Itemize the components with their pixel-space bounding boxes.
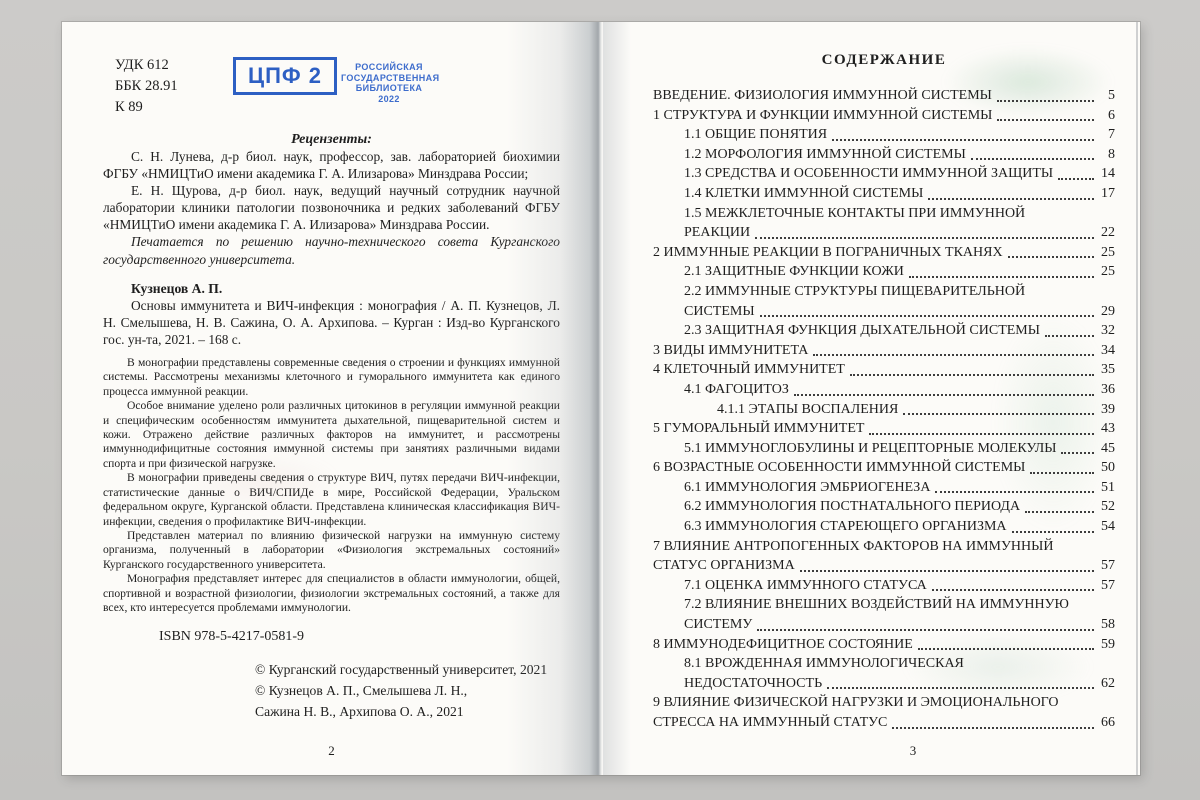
toc-leader-dots — [800, 570, 1094, 572]
toc-leader-dots — [1030, 472, 1094, 474]
toc-page-number: 14 — [1097, 164, 1115, 184]
copyright-line: © Курганский государственный университет… — [255, 659, 560, 680]
toc-entry-text: 7.1 ОЦЕНКА ИММУННОГО СТАТУСА — [684, 576, 927, 596]
isbn: ISBN 978-5-4217-0581-9 — [159, 629, 560, 645]
toc-page-number: 59 — [1097, 635, 1115, 655]
toc-entry: 6.2 ИММУНОЛОГИЯ ПОСТНАТАЛЬНОГО ПЕРИОДА52 — [653, 497, 1115, 517]
abstract-paragraph: В монографии приведены сведения о структ… — [103, 471, 560, 529]
copyright-line: Сажина Н. В., Архипова О. А., 2021 — [255, 701, 560, 722]
toc-entry: 2.3 ЗАЩИТНАЯ ФУНКЦИЯ ДЫХАТЕЛЬНОЙ СИСТЕМЫ… — [653, 321, 1115, 341]
toc-entry-text: 1.1 ОБЩИЕ ПОНЯТИЯ — [684, 125, 827, 145]
toc-page-number: 62 — [1097, 674, 1115, 694]
toc-entry-text: 5 ГУМОРАЛЬНЫЙ ИММУНИТЕТ — [653, 419, 864, 439]
reviewer-2: Е. Н. Щурова, д-р биол. наук, ведущий на… — [103, 182, 560, 233]
toc-entry: 2.1 ЗАЩИТНЫЕ ФУНКЦИИ КОЖИ25 — [653, 262, 1115, 282]
toc-entry: 5.1 ИММУНОГЛОБУЛИНЫ И РЕЦЕПТОРНЫЕ МОЛЕКУ… — [653, 439, 1115, 459]
abstract-paragraph: Представлен материал по влиянию физическ… — [103, 529, 560, 572]
toc-leader-dots — [928, 198, 1094, 200]
toc-page-number: 22 — [1097, 223, 1115, 243]
toc-entry: 3 ВИДЫ ИММУНИТЕТА34 — [653, 341, 1115, 361]
toc-page-number: 45 — [1097, 439, 1115, 459]
toc-entry-text: СИСТЕМЫ — [684, 302, 755, 322]
toc-leader-dots — [971, 158, 1094, 160]
toc-entry-text: 2.2 ИММУННЫЕ СТРУКТУРЫ ПИЩЕВАРИТЕЛЬНОЙ — [684, 282, 1115, 302]
toc-entry-text: 1.5 МЕЖКЛЕТОЧНЫЕ КОНТАКТЫ ПРИ ИММУННОЙ — [684, 204, 1115, 224]
toc-content: СОДЕРЖАНИЕ ВВЕДЕНИЕ. ФИЗИОЛОГИЯ ИММУННОЙ… — [653, 52, 1115, 733]
toc-heading: СОДЕРЖАНИЕ — [653, 52, 1115, 69]
toc-page-number: 51 — [1097, 478, 1115, 498]
author-heading: Кузнецов А. П. — [103, 280, 560, 297]
toc-page-number: 54 — [1097, 517, 1115, 537]
toc-entry-text: СТРЕССА НА ИММУННЫЙ СТАТУС — [653, 713, 887, 733]
toc-entry-text: СТАТУС ОРГАНИЗМА — [653, 556, 795, 576]
toc-entry-text: 2.1 ЗАЩИТНЫЕ ФУНКЦИИ КОЖИ — [684, 262, 904, 282]
toc-leader-dots — [1045, 335, 1094, 337]
toc-leader-dots — [918, 648, 1094, 650]
toc-leader-dots — [760, 315, 1094, 317]
toc-entry: 8.1 ВРОЖДЕННАЯ ИММУНОЛОГИЧЕСКАЯНЕДОСТАТО… — [653, 654, 1115, 693]
toc-entry: 4.1 ФАГОЦИТОЗ36 — [653, 380, 1115, 400]
toc-entry-text: 6.3 ИММУНОЛОГИЯ СТАРЕЮЩЕГО ОРГАНИЗМА — [684, 517, 1007, 537]
toc-entry-text: 2 ИММУННЫЕ РЕАКЦИИ В ПОГРАНИЧНЫХ ТКАНЯХ — [653, 243, 1003, 263]
toc-entry: 1 СТРУКТУРА И ФУНКЦИИ ИММУННОЙ СИСТЕМЫ6 — [653, 106, 1115, 126]
toc-entry: 8 ИММУНОДЕФИЦИТНОЕ СОСТОЯНИЕ59 — [653, 635, 1115, 655]
toc-entry-text: 2.3 ЗАЩИТНАЯ ФУНКЦИЯ ДЫХАТЕЛЬНОЙ СИСТЕМЫ — [684, 321, 1040, 341]
toc-entry-text: НЕДОСТАТОЧНОСТЬ — [684, 674, 822, 694]
toc-leader-dots — [1008, 256, 1094, 258]
toc-entry-text: 7 ВЛИЯНИЕ АНТРОПОГЕННЫХ ФАКТОРОВ НА ИММУ… — [653, 537, 1115, 557]
toc-entry-text: 6.1 ИММУНОЛОГИЯ ЭМБРИОГЕНЕЗА — [684, 478, 930, 498]
stamp-line: БИБЛИОТЕКА — [341, 83, 437, 94]
copyright-block: © Курганский государственный университет… — [255, 659, 560, 722]
toc-leader-dots — [932, 589, 1094, 591]
printing-note: Печатается по решению научно-техническог… — [103, 233, 560, 267]
abstract-paragraph: Особое внимание уделено роли различных ц… — [103, 399, 560, 471]
toc-leader-dots — [869, 433, 1094, 435]
toc-entry-text: 4 КЛЕТОЧНЫЙ ИММУНИТЕТ — [653, 360, 845, 380]
toc-page-number: 32 — [1097, 321, 1115, 341]
toc-leader-dots — [850, 374, 1094, 376]
left-page-number: 2 — [103, 743, 560, 759]
right-page-toc: СОДЕРЖАНИЕ ВВЕДЕНИЕ. ФИЗИОЛОГИЯ ИММУННОЙ… — [603, 22, 1140, 775]
russian-state-library-stamp: РОССИЙСКАЯ ГОСУДАРСТВЕННАЯ БИБЛИОТЕКА 20… — [341, 62, 437, 104]
toc-entry: 9 ВЛИЯНИЕ ФИЗИЧЕСКОЙ НАГРУЗКИ И ЭМОЦИОНА… — [653, 693, 1115, 732]
bibliographic-description: Основы иммунитета и ВИЧ-инфекция : моног… — [103, 297, 560, 348]
toc-entry: 2 ИММУННЫЕ РЕАКЦИИ В ПОГРАНИЧНЫХ ТКАНЯХ2… — [653, 243, 1115, 263]
toc-leader-dots — [997, 100, 1094, 102]
abstract-paragraph: Монография представляет интерес для спец… — [103, 572, 560, 615]
toc-entry: 6.1 ИММУНОЛОГИЯ ЭМБРИОГЕНЕЗА51 — [653, 478, 1115, 498]
right-page-number: 3 — [653, 743, 1115, 759]
toc-leader-dots — [827, 687, 1094, 689]
toc-entry-text: 1.4 КЛЕТКИ ИММУННОЙ СИСТЕМЫ — [684, 184, 923, 204]
toc-entry: 1.2 МОРФОЛОГИЯ ИММУННОЙ СИСТЕМЫ8 — [653, 145, 1115, 165]
udc-code: УДК 612 — [115, 55, 233, 76]
toc-entry-text: 6 ВОЗРАСТНЫЕ ОСОБЕННОСТИ ИММУННОЙ СИСТЕМ… — [653, 458, 1025, 478]
toc-page-number: 57 — [1097, 556, 1115, 576]
abstract-block: В монографии представлены современные св… — [103, 356, 560, 615]
toc-leader-dots — [832, 139, 1094, 141]
imprint-content: УДК 612 ББК 28.91 К 89 ЦПФ 2 РОССИЙСКАЯ … — [103, 55, 560, 722]
toc-page-number: 8 — [1097, 145, 1115, 165]
toc-entry-text: 1 СТРУКТУРА И ФУНКЦИИ ИММУННОЙ СИСТЕМЫ — [653, 106, 992, 126]
toc-list: ВВЕДЕНИЕ. ФИЗИОЛОГИЯ ИММУННОЙ СИСТЕМЫ51 … — [653, 86, 1115, 733]
toc-page-number: 35 — [1097, 360, 1115, 380]
toc-page-number: 7 — [1097, 125, 1115, 145]
toc-entry: 6 ВОЗРАСТНЫЕ ОСОБЕННОСТИ ИММУННОЙ СИСТЕМ… — [653, 458, 1115, 478]
toc-leader-dots — [997, 119, 1094, 121]
toc-entry-text: 8 ИММУНОДЕФИЦИТНОЕ СОСТОЯНИЕ — [653, 635, 913, 655]
toc-entry-text: РЕАКЦИИ — [684, 223, 750, 243]
toc-page-number: 5 — [1097, 86, 1115, 106]
toc-entry: 7.1 ОЦЕНКА ИММУННОГО СТАТУСА57 — [653, 576, 1115, 596]
toc-page-number: 17 — [1097, 184, 1115, 204]
toc-entry: 4 КЛЕТОЧНЫЙ ИММУНИТЕТ35 — [653, 360, 1115, 380]
cataloging-block: УДК 612 ББК 28.91 К 89 ЦПФ 2 РОССИЙСКАЯ … — [115, 55, 560, 118]
toc-page-number: 57 — [1097, 576, 1115, 596]
toc-entry: 4.1.1 ЭТАПЫ ВОСПАЛЕНИЯ39 — [653, 400, 1115, 420]
toc-leader-dots — [813, 354, 1094, 356]
toc-entry-text: 8.1 ВРОЖДЕННАЯ ИММУНОЛОГИЧЕСКАЯ — [684, 654, 1115, 674]
toc-page-number: 66 — [1097, 713, 1115, 733]
toc-entry-text: СИСТЕМУ — [684, 615, 752, 635]
toc-entry-text: 1.2 МОРФОЛОГИЯ ИММУННОЙ СИСТЕМЫ — [684, 145, 966, 165]
toc-leader-dots — [794, 394, 1094, 396]
toc-entry: 1.1 ОБЩИЕ ПОНЯТИЯ7 — [653, 125, 1115, 145]
toc-leader-dots — [1012, 531, 1094, 533]
udc-bbk-codes: УДК 612 ББК 28.91 К 89 — [115, 55, 233, 118]
toc-entry: 1.5 МЕЖКЛЕТОЧНЫЕ КОНТАКТЫ ПРИ ИММУННОЙРЕ… — [653, 204, 1115, 243]
toc-entry-text: 3 ВИДЫ ИММУНИТЕТА — [653, 341, 808, 361]
toc-page-number: 52 — [1097, 497, 1115, 517]
toc-entry-text: 4.1.1 ЭТАПЫ ВОСПАЛЕНИЯ — [717, 400, 898, 420]
author-sign-code: К 89 — [115, 97, 233, 118]
toc-entry-text: 4.1 ФАГОЦИТОЗ — [684, 380, 789, 400]
stamp-line: ГОСУДАРСТВЕННАЯ — [341, 73, 437, 84]
toc-page-number: 34 — [1097, 341, 1115, 361]
abstract-paragraph: В монографии представлены современные св… — [103, 356, 560, 399]
toc-entry-text: 6.2 ИММУНОЛОГИЯ ПОСТНАТАЛЬНОГО ПЕРИОДА — [684, 497, 1020, 517]
stamp-year: 2022 — [341, 94, 437, 105]
scanned-book-spread: УДК 612 ББК 28.91 К 89 ЦПФ 2 РОССИЙСКАЯ … — [0, 0, 1200, 800]
toc-entry: 5 ГУМОРАЛЬНЫЙ ИММУНИТЕТ43 — [653, 419, 1115, 439]
toc-entry: ВВЕДЕНИЕ. ФИЗИОЛОГИЯ ИММУННОЙ СИСТЕМЫ5 — [653, 86, 1115, 106]
toc-entry: 2.2 ИММУННЫЕ СТРУКТУРЫ ПИЩЕВАРИТЕЛЬНОЙСИ… — [653, 282, 1115, 321]
book-spread: УДК 612 ББК 28.91 К 89 ЦПФ 2 РОССИЙСКАЯ … — [62, 22, 1140, 775]
toc-entry-text: 5.1 ИММУНОГЛОБУЛИНЫ И РЕЦЕПТОРНЫЕ МОЛЕКУ… — [684, 439, 1056, 459]
stamp-line: РОССИЙСКАЯ — [341, 62, 437, 73]
toc-leader-dots — [1058, 178, 1094, 180]
toc-entry: 1.4 КЛЕТКИ ИММУННОЙ СИСТЕМЫ17 — [653, 184, 1115, 204]
left-page-imprint: УДК 612 ББК 28.91 К 89 ЦПФ 2 РОССИЙСКАЯ … — [62, 22, 595, 775]
toc-entry: 6.3 ИММУНОЛОГИЯ СТАРЕЮЩЕГО ОРГАНИЗМА54 — [653, 517, 1115, 537]
toc-entry-text: 9 ВЛИЯНИЕ ФИЗИЧЕСКОЙ НАГРУЗКИ И ЭМОЦИОНА… — [653, 693, 1115, 713]
bbk-code: ББК 28.91 — [115, 76, 233, 97]
toc-page-number: 6 — [1097, 106, 1115, 126]
toc-entry: 1.3 СРЕДСТВА И ОСОБЕННОСТИ ИММУННОЙ ЗАЩИ… — [653, 164, 1115, 184]
toc-page-number: 58 — [1097, 615, 1115, 635]
toc-page-number: 39 — [1097, 400, 1115, 420]
library-stamp-box: ЦПФ 2 — [233, 57, 337, 95]
toc-page-number: 36 — [1097, 380, 1115, 400]
toc-entry-text: 1.3 СРЕДСТВА И ОСОБЕННОСТИ ИММУННОЙ ЗАЩИ… — [684, 164, 1053, 184]
toc-entry: 7 ВЛИЯНИЕ АНТРОПОГЕННЫХ ФАКТОРОВ НА ИММУ… — [653, 537, 1115, 576]
toc-leader-dots — [909, 276, 1094, 278]
reviewers-heading: Рецензенты: — [103, 132, 560, 148]
toc-entry-text: ВВЕДЕНИЕ. ФИЗИОЛОГИЯ ИММУННОЙ СИСТЕМЫ — [653, 86, 992, 106]
toc-leader-dots — [755, 237, 1094, 239]
toc-leader-dots — [903, 413, 1094, 415]
reviewer-1: С. Н. Лунева, д-р биол. наук, профессор,… — [103, 148, 560, 182]
toc-page-number: 43 — [1097, 419, 1115, 439]
toc-leader-dots — [935, 491, 1094, 493]
toc-entry-text: 7.2 ВЛИЯНИЕ ВНЕШНИХ ВОЗДЕЙСТВИЙ НА ИММУН… — [684, 595, 1115, 615]
toc-page-number: 25 — [1097, 262, 1115, 282]
toc-leader-dots — [892, 727, 1094, 729]
toc-leader-dots — [757, 629, 1094, 631]
toc-entry: 7.2 ВЛИЯНИЕ ВНЕШНИХ ВОЗДЕЙСТВИЙ НА ИММУН… — [653, 595, 1115, 634]
toc-page-number: 25 — [1097, 243, 1115, 263]
toc-page-number: 50 — [1097, 458, 1115, 478]
copyright-line: © Кузнецов А. П., Смелышева Л. Н., — [255, 680, 560, 701]
toc-page-number: 29 — [1097, 302, 1115, 322]
toc-leader-dots — [1061, 452, 1094, 454]
toc-leader-dots — [1025, 511, 1094, 513]
